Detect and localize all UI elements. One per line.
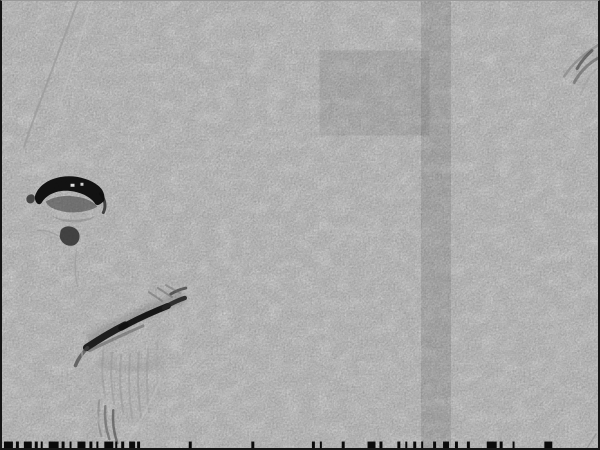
sketch-image xyxy=(0,0,600,450)
nostril-highlight-2 xyxy=(80,183,83,186)
glyph-fragment-mark xyxy=(115,442,117,448)
glyph-fragment-mark xyxy=(121,442,124,448)
glyph-fragment-mark xyxy=(41,442,43,448)
glyph-fragment-mark xyxy=(544,442,552,448)
glyph-fragment-mark xyxy=(421,442,423,448)
glyph-fragment-mark xyxy=(500,442,503,448)
glyph-fragment-mark xyxy=(487,442,497,448)
nostril-highlight-1 xyxy=(71,184,75,187)
glyph-fragment-mark xyxy=(433,442,436,448)
glyph-fragment-mark xyxy=(96,442,98,448)
glyph-fragment-mark xyxy=(104,442,113,448)
coarse-mottle-noise xyxy=(2,1,598,448)
glyph-fragment-mark xyxy=(397,442,400,448)
glyph-fragment-mark xyxy=(342,442,345,448)
glyph-fragment-mark xyxy=(513,442,515,448)
glyph-fragment-mark xyxy=(16,442,19,448)
glyph-fragment-mark xyxy=(4,442,13,448)
glyph-fragment-mark xyxy=(137,442,140,448)
glyph-fragment-mark xyxy=(129,442,135,448)
glyph-fragment-mark xyxy=(35,442,38,448)
glyph-fragment-mark xyxy=(368,442,376,448)
glyph-fragment-mark xyxy=(443,442,449,448)
glyph-fragment-mark xyxy=(455,442,458,448)
glyph-fragment-mark xyxy=(49,442,59,448)
glyph-fragment-mark xyxy=(312,442,315,448)
face-sketch-svg xyxy=(2,1,598,448)
glyph-fragment-mark xyxy=(62,442,65,448)
top-middle-noise-patch xyxy=(320,51,429,135)
glyph-fragment-mark xyxy=(320,442,322,448)
glyph-fragment-mark xyxy=(89,442,92,448)
glyph-fragment-mark xyxy=(24,442,32,448)
glyph-fragment-mark xyxy=(251,442,254,448)
glyph-fragment-mark xyxy=(77,442,85,448)
glyph-fragment-mark xyxy=(70,442,72,448)
glyph-fragment-mark xyxy=(413,442,416,448)
glyph-fragment-mark xyxy=(379,442,382,448)
glyph-fragment-mark xyxy=(189,442,192,448)
glyph-fragment-mark xyxy=(467,442,470,448)
glyph-fragment-mark xyxy=(405,442,407,448)
